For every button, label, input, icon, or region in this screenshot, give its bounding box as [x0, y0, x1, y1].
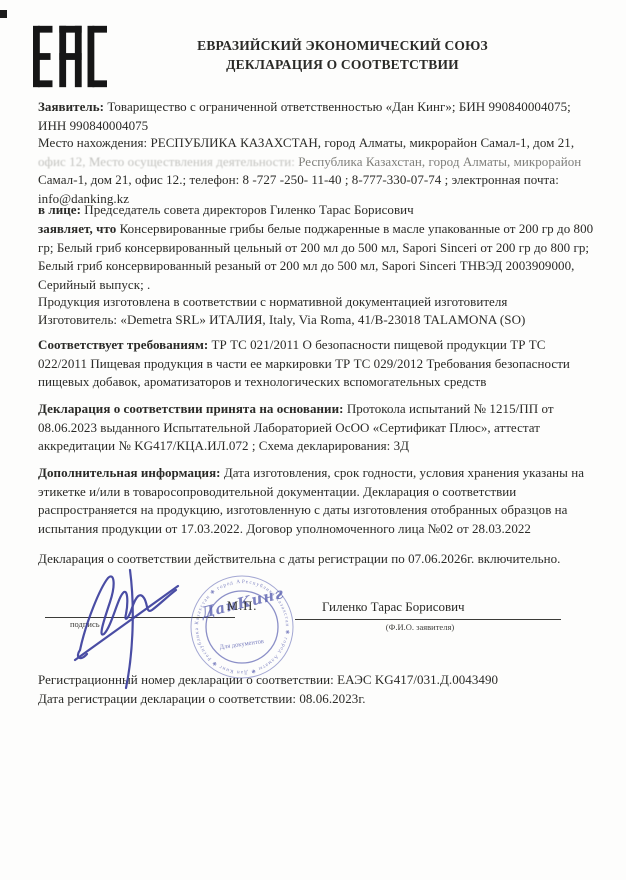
signer-name-caption: (Ф.И.О. заявителя) — [360, 622, 480, 632]
products-text: Консервированные грибы белые поджаренные… — [38, 221, 593, 292]
document-type: ДЕКЛАРАЦИЯ О СООТВЕТСТВИИ — [90, 55, 595, 74]
representative-paragraph: в лице: Председатель совета директоров Г… — [38, 201, 595, 220]
basis-paragraph: Декларация о соответствии принята на осн… — [38, 400, 595, 456]
production-note: Продукция изготовлена в соответствии с н… — [38, 293, 595, 312]
scan-artifact — [0, 10, 7, 18]
compliance-label: Соответствует требованиям: — [38, 337, 208, 352]
basis-label: Декларация о соответствии принята на осн… — [38, 401, 344, 416]
union-name: ЕВРАЗИЙСКИЙ ЭКОНОМИЧЕСКИЙ СОЮЗ — [90, 36, 595, 55]
location-faded-text-2: Республика Казахстан, город Алматы, микр… — [298, 154, 581, 169]
representative-name: Председатель совета директоров Гиленко Т… — [81, 202, 414, 217]
declaration-document: ЕВРАЗИЙСКИЙ ЭКОНОМИЧЕСКИЙ СОЮЗ ДЕКЛАРАЦИ… — [0, 0, 626, 880]
manufacturer-line: Изготовитель: «Demetra SRL» ИТАЛИЯ, Ital… — [38, 311, 595, 330]
applicant-company: Товарищество с ограниченной ответственно… — [38, 99, 571, 133]
applicant-paragraph: Заявитель: Товарищество с ограниченной о… — [38, 98, 595, 135]
additional-info-label: Дополнительная информация: — [38, 465, 221, 480]
mp-seal-placeholder: М.П. — [227, 599, 257, 614]
registration-date: Дата регистрации декларации о соответств… — [38, 690, 595, 709]
name-line — [295, 619, 561, 620]
signer-name: Гиленко Тарас Борисович — [322, 599, 465, 615]
compliance-paragraph: Соответствует требованиям: ТР ТС 021/201… — [38, 336, 595, 392]
document-title: ЕВРАЗИЙСКИЙ ЭКОНОМИЧЕСКИЙ СОЮЗ ДЕКЛАРАЦИ… — [90, 36, 595, 74]
location-faded-text: офис 12, Место осуществления деятельност… — [38, 154, 298, 169]
location-text: Место нахождения: РЕСПУБЛИКА КАЗАХСТАН, … — [38, 135, 574, 150]
declares-label: заявляет, что — [38, 221, 116, 236]
additional-info-paragraph: Дополнительная информация: Дата изготовл… — [38, 464, 595, 538]
applicant-label: Заявитель: — [38, 99, 104, 114]
products-paragraph: заявляет, что Консервированные грибы бел… — [38, 220, 595, 294]
handwritten-signature — [72, 562, 192, 692]
stamp-subtext: Для документов — [219, 638, 264, 651]
representative-label: в лице: — [38, 202, 81, 217]
applicant-location-paragraph: Место нахождения: РЕСПУБЛИКА КАЗАХСТАН, … — [38, 134, 595, 208]
